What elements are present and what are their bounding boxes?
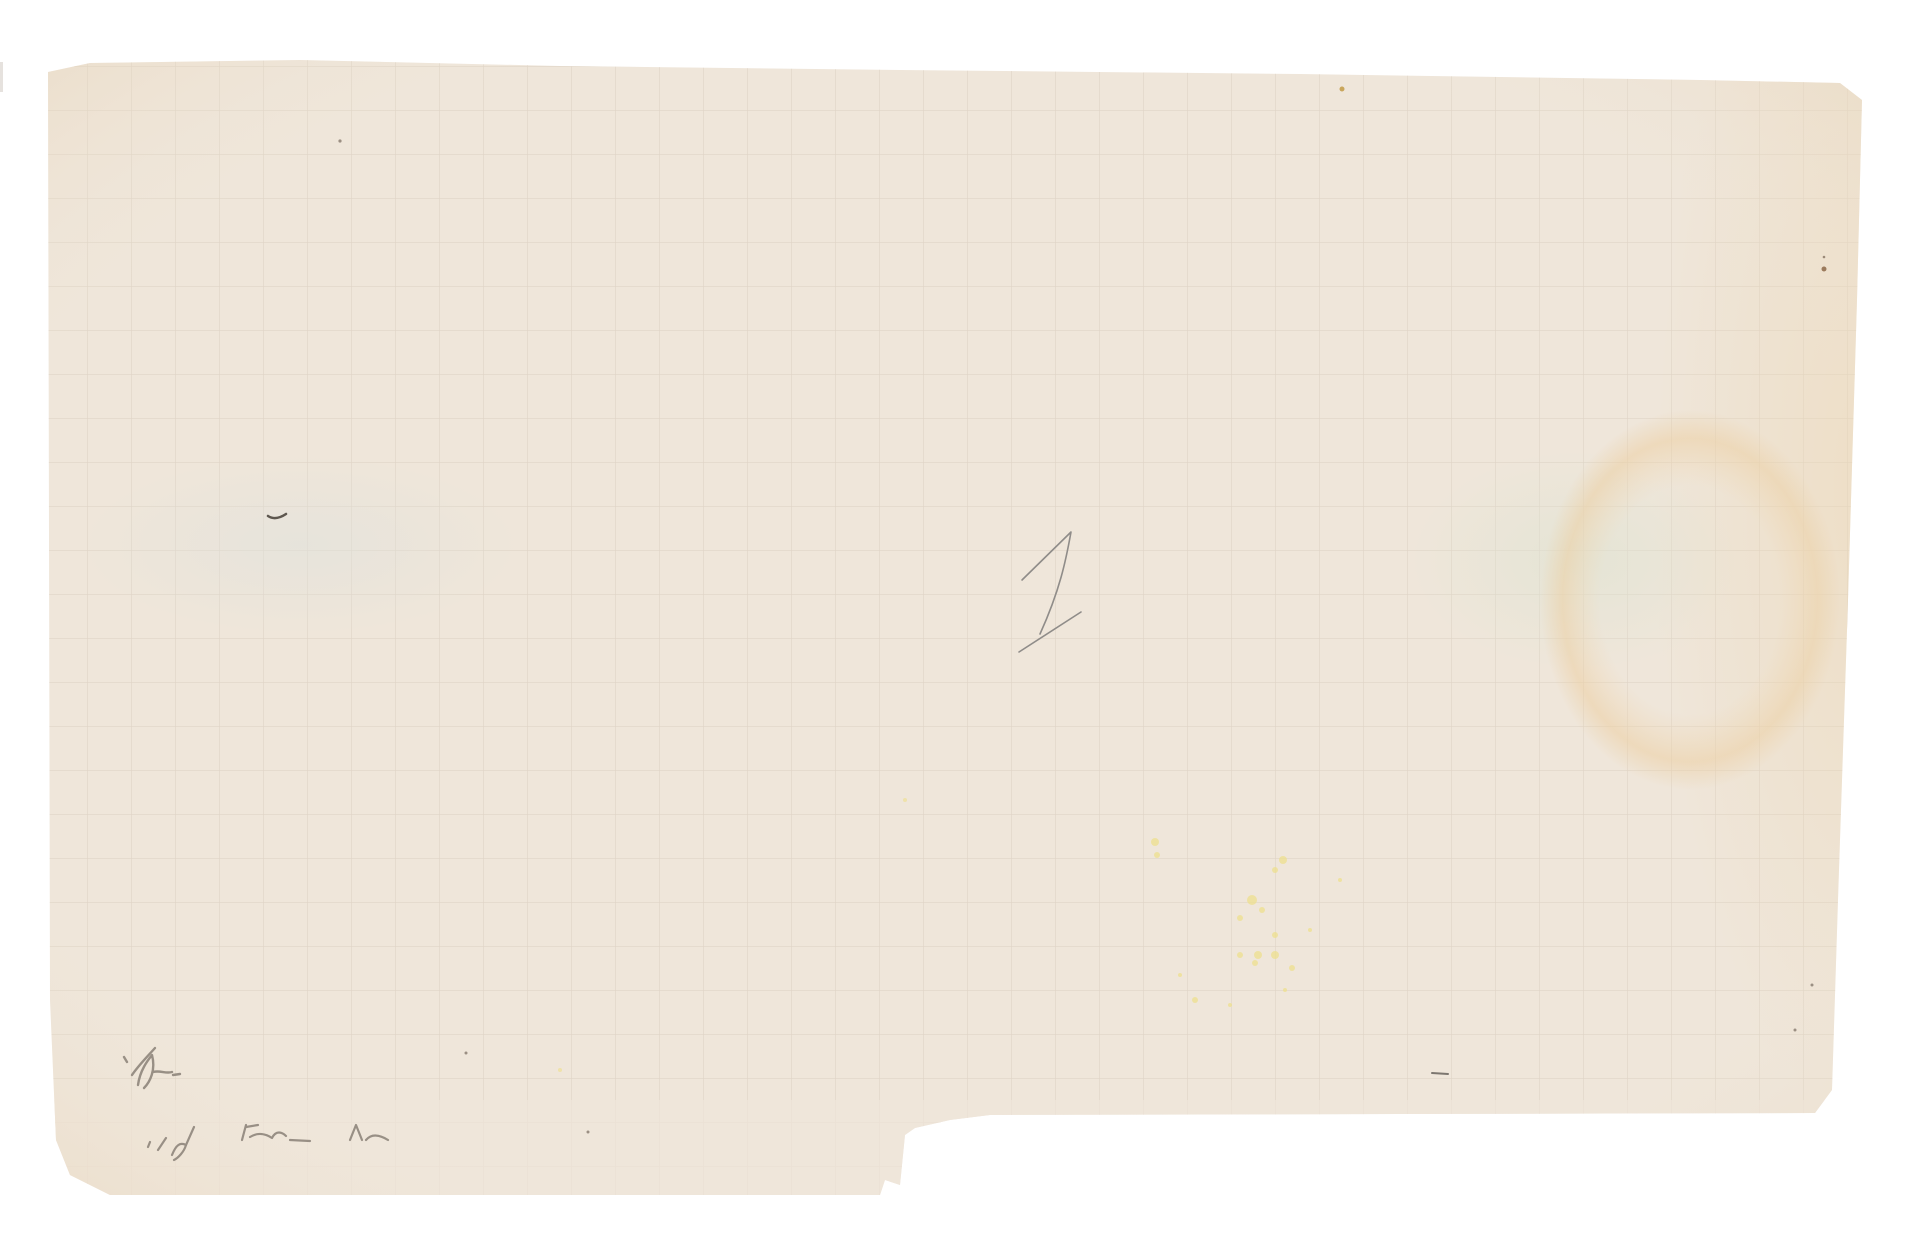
dot-right (1822, 267, 1827, 272)
dot-top-right (1340, 87, 1345, 92)
dot-bottom-middle (465, 1052, 468, 1055)
graph-paper-sheet (0, 0, 1920, 1245)
dot-top-left (338, 139, 341, 142)
scene (0, 0, 1920, 1245)
dot-right-small (1823, 256, 1826, 259)
dot-right-lower-2 (1794, 1029, 1797, 1032)
dot-bottom-middle-2 (587, 1131, 590, 1134)
dot-right-lower (1811, 984, 1814, 987)
edge-aging (40, 55, 1870, 1205)
pencil-dash-bottom-right (1432, 1073, 1448, 1074)
